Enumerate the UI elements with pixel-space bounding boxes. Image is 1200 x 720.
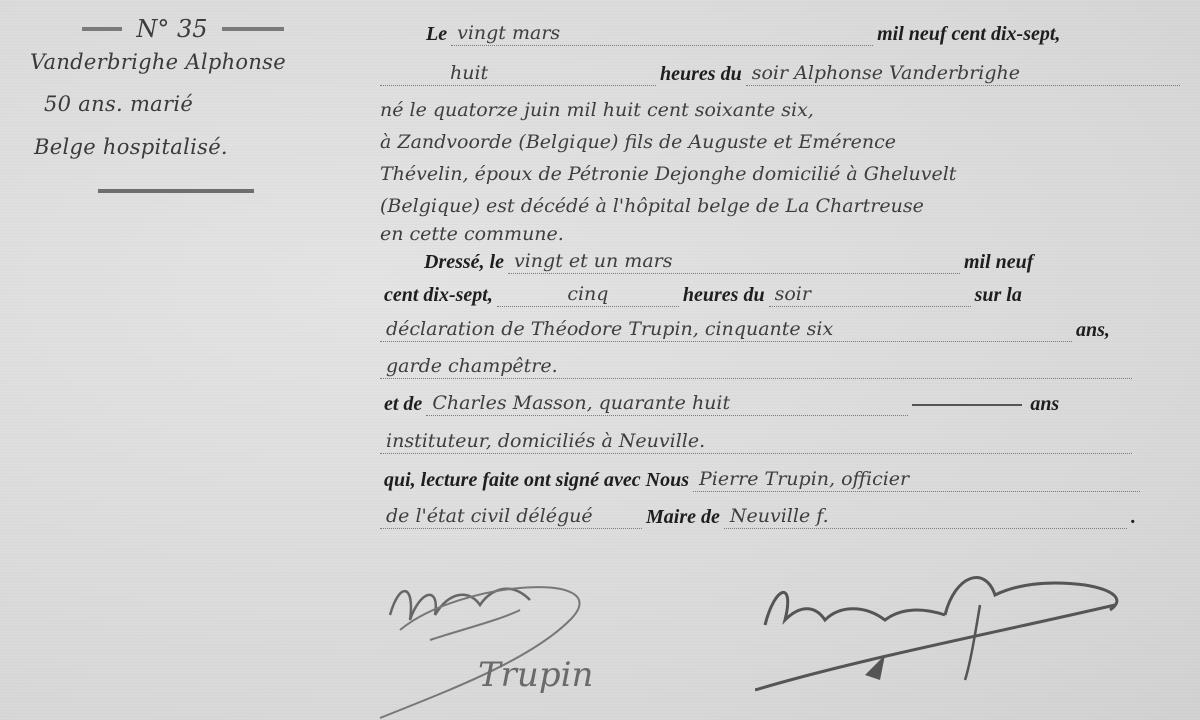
margin-nationality: Belge hospitalisé.: [34, 135, 228, 159]
line-9: cent dix-sept, cinq heures du soir sur l…: [380, 273, 1140, 307]
signature-officer: [755, 565, 1135, 695]
handwritten-hour: cinq: [497, 282, 679, 307]
handwritten-hour: huit: [380, 61, 656, 86]
signature-masson-flourish: [370, 560, 630, 720]
line-14: qui, lecture faite ont signé avec Nous P…: [380, 458, 1140, 492]
record-number: N° 35: [48, 14, 318, 44]
signature-trupin-text: Trupin: [478, 655, 593, 695]
printed-text: heures du: [679, 283, 769, 307]
line-5: Thévelin, époux de Pétronie Dejonghe dom…: [380, 152, 956, 186]
printed-text: sur la: [971, 283, 1026, 307]
line-3: né le quatorze juin mil huit cent soixan…: [380, 88, 814, 122]
signature-officer-flourish: [755, 565, 1135, 695]
line-15: de l'état civil délégué Maire de Neuvill…: [380, 495, 1140, 529]
printed-text: cent dix-sept,: [380, 283, 497, 307]
line-12: et de Charles Masson, quarante huit ans: [380, 382, 1140, 416]
printed-text: Le: [422, 22, 451, 46]
handwritten-time: soir: [769, 282, 971, 307]
handwritten-witness: Charles Masson, quarante huit: [426, 391, 908, 416]
printed-text: heures du: [656, 62, 746, 86]
handwritten-date: vingt et un mars: [508, 249, 960, 274]
printed-text: qui, lecture faite ont signé avec Nous: [380, 468, 693, 492]
dash-filler: [912, 404, 1022, 406]
printed-text: .: [1127, 505, 1140, 529]
line-8: Dressé, le vingt et un mars mil neuf: [380, 240, 1140, 274]
printed-text: Maire de: [642, 505, 724, 529]
line-4: à Zandvoorde (Belgique) fils de Auguste …: [380, 120, 896, 154]
handwritten-occupation: garde champêtre.: [380, 354, 1132, 379]
handwritten-text: à Zandvoorde (Belgique) fils de Auguste …: [380, 130, 896, 154]
rule-left: [82, 27, 122, 31]
signature-masson: Trupin: [370, 560, 630, 720]
handwritten-deceased-name: soir Alphonse Vanderbrighe: [746, 61, 1180, 86]
handwritten-occupation: instituteur, domiciliés à Neuville.: [380, 429, 1132, 454]
document-page: N° 35 Vanderbrighe Alphonse 50 ans. mari…: [0, 0, 1200, 720]
printed-text: Dressé, le: [420, 250, 508, 274]
record-number-label: N° 35: [136, 15, 207, 43]
handwritten-date: vingt mars: [451, 21, 873, 46]
margin-name: Vanderbrighe Alphonse: [30, 50, 286, 74]
handwritten-officer: Pierre Trupin, officier: [693, 467, 1140, 492]
handwritten-text: né le quatorze juin mil huit cent soixan…: [380, 98, 814, 122]
printed-text: ans: [1026, 392, 1063, 416]
line-11: garde champêtre.: [380, 345, 1132, 379]
printed-text: mil neuf: [960, 250, 1037, 274]
rule-right: [222, 27, 284, 31]
line-13: instituteur, domiciliés à Neuville.: [380, 420, 1132, 454]
margin-annotation: N° 35 Vanderbrighe Alphonse 50 ans. mari…: [0, 0, 360, 720]
margin-underline: [98, 189, 254, 193]
handwritten-declarant: déclaration de Théodore Trupin, cinquant…: [380, 317, 1072, 342]
printed-text: mil neuf cent dix-sept,: [873, 22, 1064, 46]
line-2: huit heures du soir Alphonse Vanderbrigh…: [380, 52, 1180, 86]
handwritten-officer-title: de l'état civil délégué: [380, 504, 642, 529]
printed-text: ans,: [1072, 318, 1114, 342]
line-1: Le vingt mars mil neuf cent dix-sept,: [380, 12, 1140, 46]
handwritten-text: Thévelin, époux de Pétronie Dejonghe dom…: [380, 162, 956, 186]
printed-text: et de: [380, 392, 426, 416]
line-10: déclaration de Théodore Trupin, cinquant…: [380, 308, 1140, 342]
handwritten-commune: Neuville f.: [724, 504, 1127, 529]
margin-age-status: 50 ans. marié: [44, 92, 193, 116]
